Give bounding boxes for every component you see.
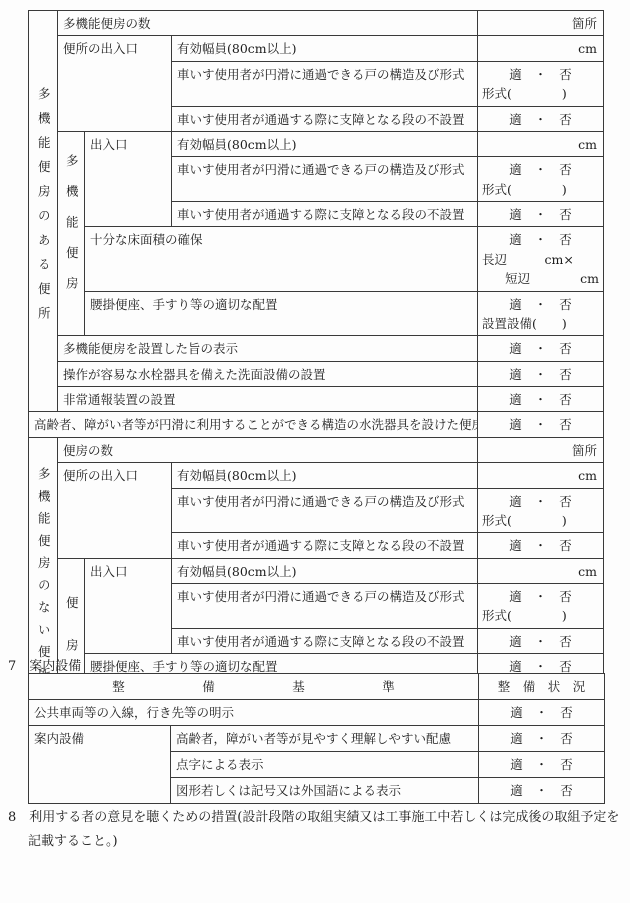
- unit-cell: cm: [478, 131, 604, 156]
- criteria-cell: 有効幅員(80cm以上): [172, 131, 478, 156]
- criteria-cell: 非常通報装置の設置: [58, 387, 478, 412]
- status-cell: 適 ・ 否 長辺 cm× 短辺 cm: [478, 227, 604, 291]
- form-blank: 形式( ): [482, 84, 599, 103]
- criteria-cell: 車いす使用者が通過する際に支障となる段の不設置: [172, 202, 478, 227]
- status-cell: 適 ・ 否 形式( ): [478, 61, 604, 106]
- pass-fail: 適 ・ 否: [478, 202, 604, 227]
- criteria-cell: 公共車両等の入線，行き先等の明示: [29, 700, 479, 726]
- pass-fail: 適 ・ 否: [482, 295, 599, 314]
- criteria-cell: 有効幅員(80cm以上): [172, 558, 478, 583]
- criteria-cell: 車いす使用者が円滑に通過できる戸の構造及び形式: [172, 488, 478, 533]
- status-cell: 適 ・ 否 設置設備( ): [478, 291, 604, 336]
- unit-cell: 箇所: [478, 11, 604, 36]
- pass-fail: 適 ・ 否: [479, 752, 605, 778]
- status-cell: 適 ・ 否 形式( ): [478, 584, 604, 629]
- row-label: 出入口: [85, 558, 172, 654]
- short-side-blank: 短辺 cm: [482, 269, 599, 288]
- criteria-cell: 点字による表示: [171, 752, 479, 778]
- form-blank: 形式( ): [482, 180, 599, 199]
- pass-fail: 適 ・ 否: [482, 65, 599, 84]
- standards-header: 整 備 基 準: [29, 674, 479, 700]
- equipment-blank: 設置設備( ): [482, 314, 599, 333]
- criteria-cell: 有効幅員(80cm以上): [172, 36, 478, 61]
- criteria-cell: 高齢者，障がい者等が見やすく理解しやすい配慮: [171, 726, 479, 752]
- criteria-cell: 車いす使用者が円滑に通過できる戸の構造及び形式: [172, 61, 478, 106]
- form-blank: 形式( ): [482, 606, 599, 625]
- group1-vertical-text: 多機能便房のある便所: [37, 87, 50, 331]
- pass-fail: 適 ・ 否: [479, 726, 605, 752]
- row-label: 便房の数: [58, 437, 478, 462]
- row-label: 多機能便房の数: [58, 11, 478, 36]
- criteria-cell: 車いす使用者が円滑に通過できる戸の構造及び形式: [172, 157, 478, 202]
- pass-fail: 適 ・ 否: [478, 412, 604, 437]
- toilet-facility-table: 多機能便房のある便所 多機能便房の数 箇所 便所の出入口 有効幅員(80cm以上…: [28, 10, 604, 750]
- status-cell: 適 ・ 否 形式( ): [478, 488, 604, 533]
- row-label: 案内設備: [29, 726, 171, 804]
- group1-vertical-label: 多機能便房のある便所: [29, 11, 58, 412]
- criteria-cell: 車いす使用者が通過する際に支障となる段の不設置: [172, 533, 478, 558]
- pass-fail: 適 ・ 否: [478, 361, 604, 386]
- pass-fail: 適 ・ 否: [482, 492, 599, 511]
- document-page: 多機能便房のある便所 多機能便房の数 箇所 便所の出入口 有効幅員(80cm以上…: [0, 0, 630, 903]
- section8-note: 8 利用する者の意見を聴くための措置(設計段階の取組実績又は工事施工中若しくは完…: [8, 806, 624, 854]
- unit-cell: cm: [478, 558, 604, 583]
- pass-fail: 適 ・ 否: [482, 160, 599, 179]
- guide-facility-table: 整 備 基 準 整 備 状 況 公共車両等の入線，行き先等の明示 適 ・ 否 案…: [28, 673, 605, 804]
- criteria-cell: 車いす使用者が通過する際に支障となる段の不設置: [172, 106, 478, 131]
- pass-fail: 適 ・ 否: [482, 230, 599, 249]
- status-cell: 適 ・ 否 形式( ): [478, 157, 604, 202]
- pass-fail: 適 ・ 否: [478, 106, 604, 131]
- unit-cell: 箇所: [478, 437, 604, 462]
- group1-inner-vertical-text: 多機能便房: [65, 154, 78, 307]
- form-blank: 形式( ): [482, 511, 599, 530]
- criteria-cell: 車いす使用者が通過する際に支障となる段の不設置: [172, 628, 478, 653]
- pass-fail: 適 ・ 否: [479, 700, 605, 726]
- row-label: 便所の出入口: [58, 36, 172, 132]
- row-label: 便所の出入口: [58, 463, 172, 559]
- pass-fail: 適 ・ 否: [478, 387, 604, 412]
- status-header: 整 備 状 況: [479, 674, 605, 700]
- criteria-cell: 図形若しくは記号又は外国語による表示: [171, 778, 479, 804]
- criteria-cell: 有効幅員(80cm以上): [172, 463, 478, 488]
- unit-cell: cm: [478, 36, 604, 61]
- row-label: 出入口: [85, 131, 172, 227]
- criteria-cell: 多機能便房を設置した旨の表示: [58, 336, 478, 361]
- group1-inner-vertical-label: 多機能便房: [58, 131, 85, 335]
- criteria-cell: 操作が容易な水栓器具を備えた洗面設備の設置: [58, 361, 478, 386]
- criteria-cell: 高齢者、障がい者等が円滑に利用することができる構造の水洗器具を設けた便房: [29, 412, 478, 437]
- criteria-cell: 十分な床面積の確保: [85, 227, 478, 291]
- criteria-cell: 腰掛便座、手すり等の適切な配置: [85, 291, 478, 336]
- criteria-cell: 車いす使用者が円滑に通過できる戸の構造及び形式: [172, 584, 478, 629]
- section7-heading: 7 案内設備: [8, 655, 81, 674]
- pass-fail: 適 ・ 否: [478, 533, 604, 558]
- long-side-blank: 長辺 cm×: [482, 250, 599, 269]
- pass-fail: 適 ・ 否: [478, 628, 604, 653]
- pass-fail: 適 ・ 否: [482, 587, 599, 606]
- pass-fail: 適 ・ 否: [478, 336, 604, 361]
- pass-fail: 適 ・ 否: [479, 778, 605, 804]
- unit-cell: cm: [478, 463, 604, 488]
